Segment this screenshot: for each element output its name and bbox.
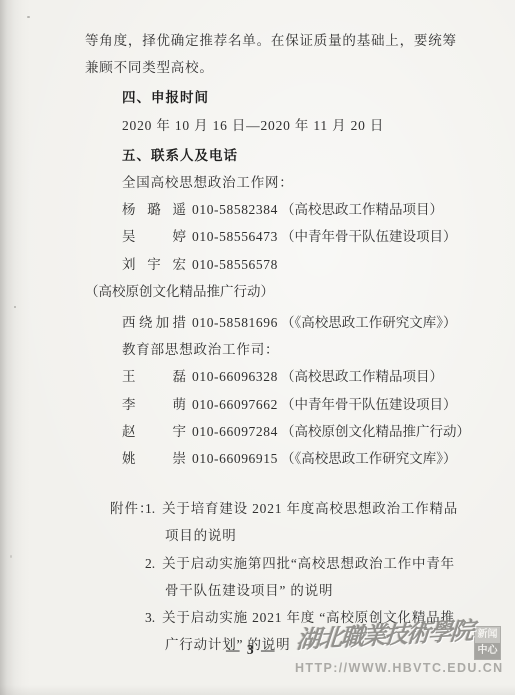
contact-row: 刘宇宏010-58556578（高校原创文化精品推广行动）	[85, 251, 466, 305]
contact-name: 李萌	[122, 391, 186, 418]
attachment-item: 1.关于培育建设 2021 年度高校思想政治工作精品项目的说明	[145, 495, 466, 549]
badge-top-label: 新闻	[475, 627, 500, 643]
contact-name: 赵宇	[122, 418, 186, 445]
intro-paragraph: 等角度，择优确定推荐名单。在保证质量的基础上，要统筹兼顾不同类型高校。	[85, 27, 466, 81]
attachment-number: 3.	[145, 610, 162, 625]
contact-note: （《高校思政工作研究文库》）	[281, 451, 457, 466]
contact-name: 刘宇宏	[122, 251, 186, 278]
contact-row: 吴婷010-58556473（中青年骨干队伍建设项目）	[85, 223, 466, 250]
contact-name: 吴婷	[122, 223, 186, 250]
contact-name: 姚崇	[122, 445, 186, 472]
attachment-number: 2.	[145, 556, 162, 571]
contact-row: 李萌010-66097662（中青年骨干队伍建设项目）	[85, 391, 466, 418]
attachments-label: 附件：	[110, 495, 154, 522]
section-heading-apply-time: 四、申报时间	[85, 84, 466, 111]
contact-note: （《高校思政工作研究文库》）	[281, 315, 457, 330]
contact-phone: 010-66097662	[186, 397, 281, 412]
attachment-item: 2.关于启动实施第四批“高校思想政治工作中青年骨干队伍建设项目” 的说明	[145, 550, 466, 604]
contact-name: 西绕加措	[122, 309, 186, 336]
contact-row: 王磊010-66096328（高校思政工作精品项目）	[85, 363, 466, 390]
scan-bottom-shadow	[0, 685, 515, 695]
contact-phone: 010-66096915	[186, 451, 281, 466]
contact-note: （高校思政工作精品项目）	[281, 202, 443, 217]
watermark-news-center-badge: 新闻 中心	[474, 626, 501, 660]
scan-speck	[10, 555, 12, 558]
scan-edge-shadow	[0, 0, 30, 695]
contact-phone: 010-66097284	[186, 424, 281, 439]
document-body: 等角度，择优确定推荐名单。在保证质量的基础上，要统筹兼顾不同类型高校。 四、申报…	[85, 27, 466, 658]
apply-date-line: 2020 年 10 月 16 日—2020 年 11 月 20 日	[85, 112, 466, 139]
watermark: 湖北職業技術學院 新闻 中心 HTTP://WWW.HBVTC.EDU.CN	[295, 624, 510, 675]
contact-phone: 010-58582384	[186, 202, 281, 217]
contact-note: （高校原创文化精品推广行动）	[85, 284, 274, 299]
contact-phone: 010-58581696	[186, 315, 281, 330]
contact-group-label-dept: 教育部思想政治工作司：	[85, 336, 466, 363]
contact-phone: 010-58556473	[186, 229, 281, 244]
section-heading-contacts: 五、联系人及电话	[85, 142, 466, 169]
badge-bottom-label: 中心	[475, 643, 500, 659]
page-number: — 3 —	[226, 642, 277, 658]
contact-row: 杨璐遥010-58582384（高校思政工作精品项目）	[85, 196, 466, 223]
contact-phone: 010-66096328	[186, 369, 281, 384]
contact-phone: 010-58556578	[186, 257, 281, 272]
contact-row: 姚崇010-66096915（《高校思政工作研究文库》）	[85, 445, 466, 472]
contact-row: 西绕加措010-58581696（《高校思政工作研究文库》）	[85, 309, 466, 336]
watermark-url: HTTP://WWW.HBVTC.EDU.CN	[295, 661, 510, 675]
attachment-text: 关于培育建设 2021 年度高校思想政治工作精品项目的说明	[162, 501, 458, 543]
scan-speck	[14, 306, 16, 308]
watermark-row: 湖北職業技術學院 新闻 中心	[295, 624, 510, 660]
contact-note: （中青年骨干队伍建设项目）	[281, 397, 457, 412]
contact-note: （高校原创文化精品推广行动）	[281, 424, 470, 439]
contact-group-label-web: 全国高校思想政治工作网：	[85, 169, 466, 196]
contact-name: 王磊	[122, 363, 186, 390]
contact-name: 杨璐遥	[122, 196, 186, 223]
contact-row: 赵宇010-66097284（高校原创文化精品推广行动）	[85, 418, 466, 445]
contact-note: （高校思政工作精品项目）	[281, 369, 443, 384]
scan-speck	[27, 16, 30, 18]
attachment-text: 关于启动实施第四批“高校思想政治工作中青年骨干队伍建设项目” 的说明	[162, 556, 455, 598]
contact-note: （中青年骨干队伍建设项目）	[281, 229, 457, 244]
